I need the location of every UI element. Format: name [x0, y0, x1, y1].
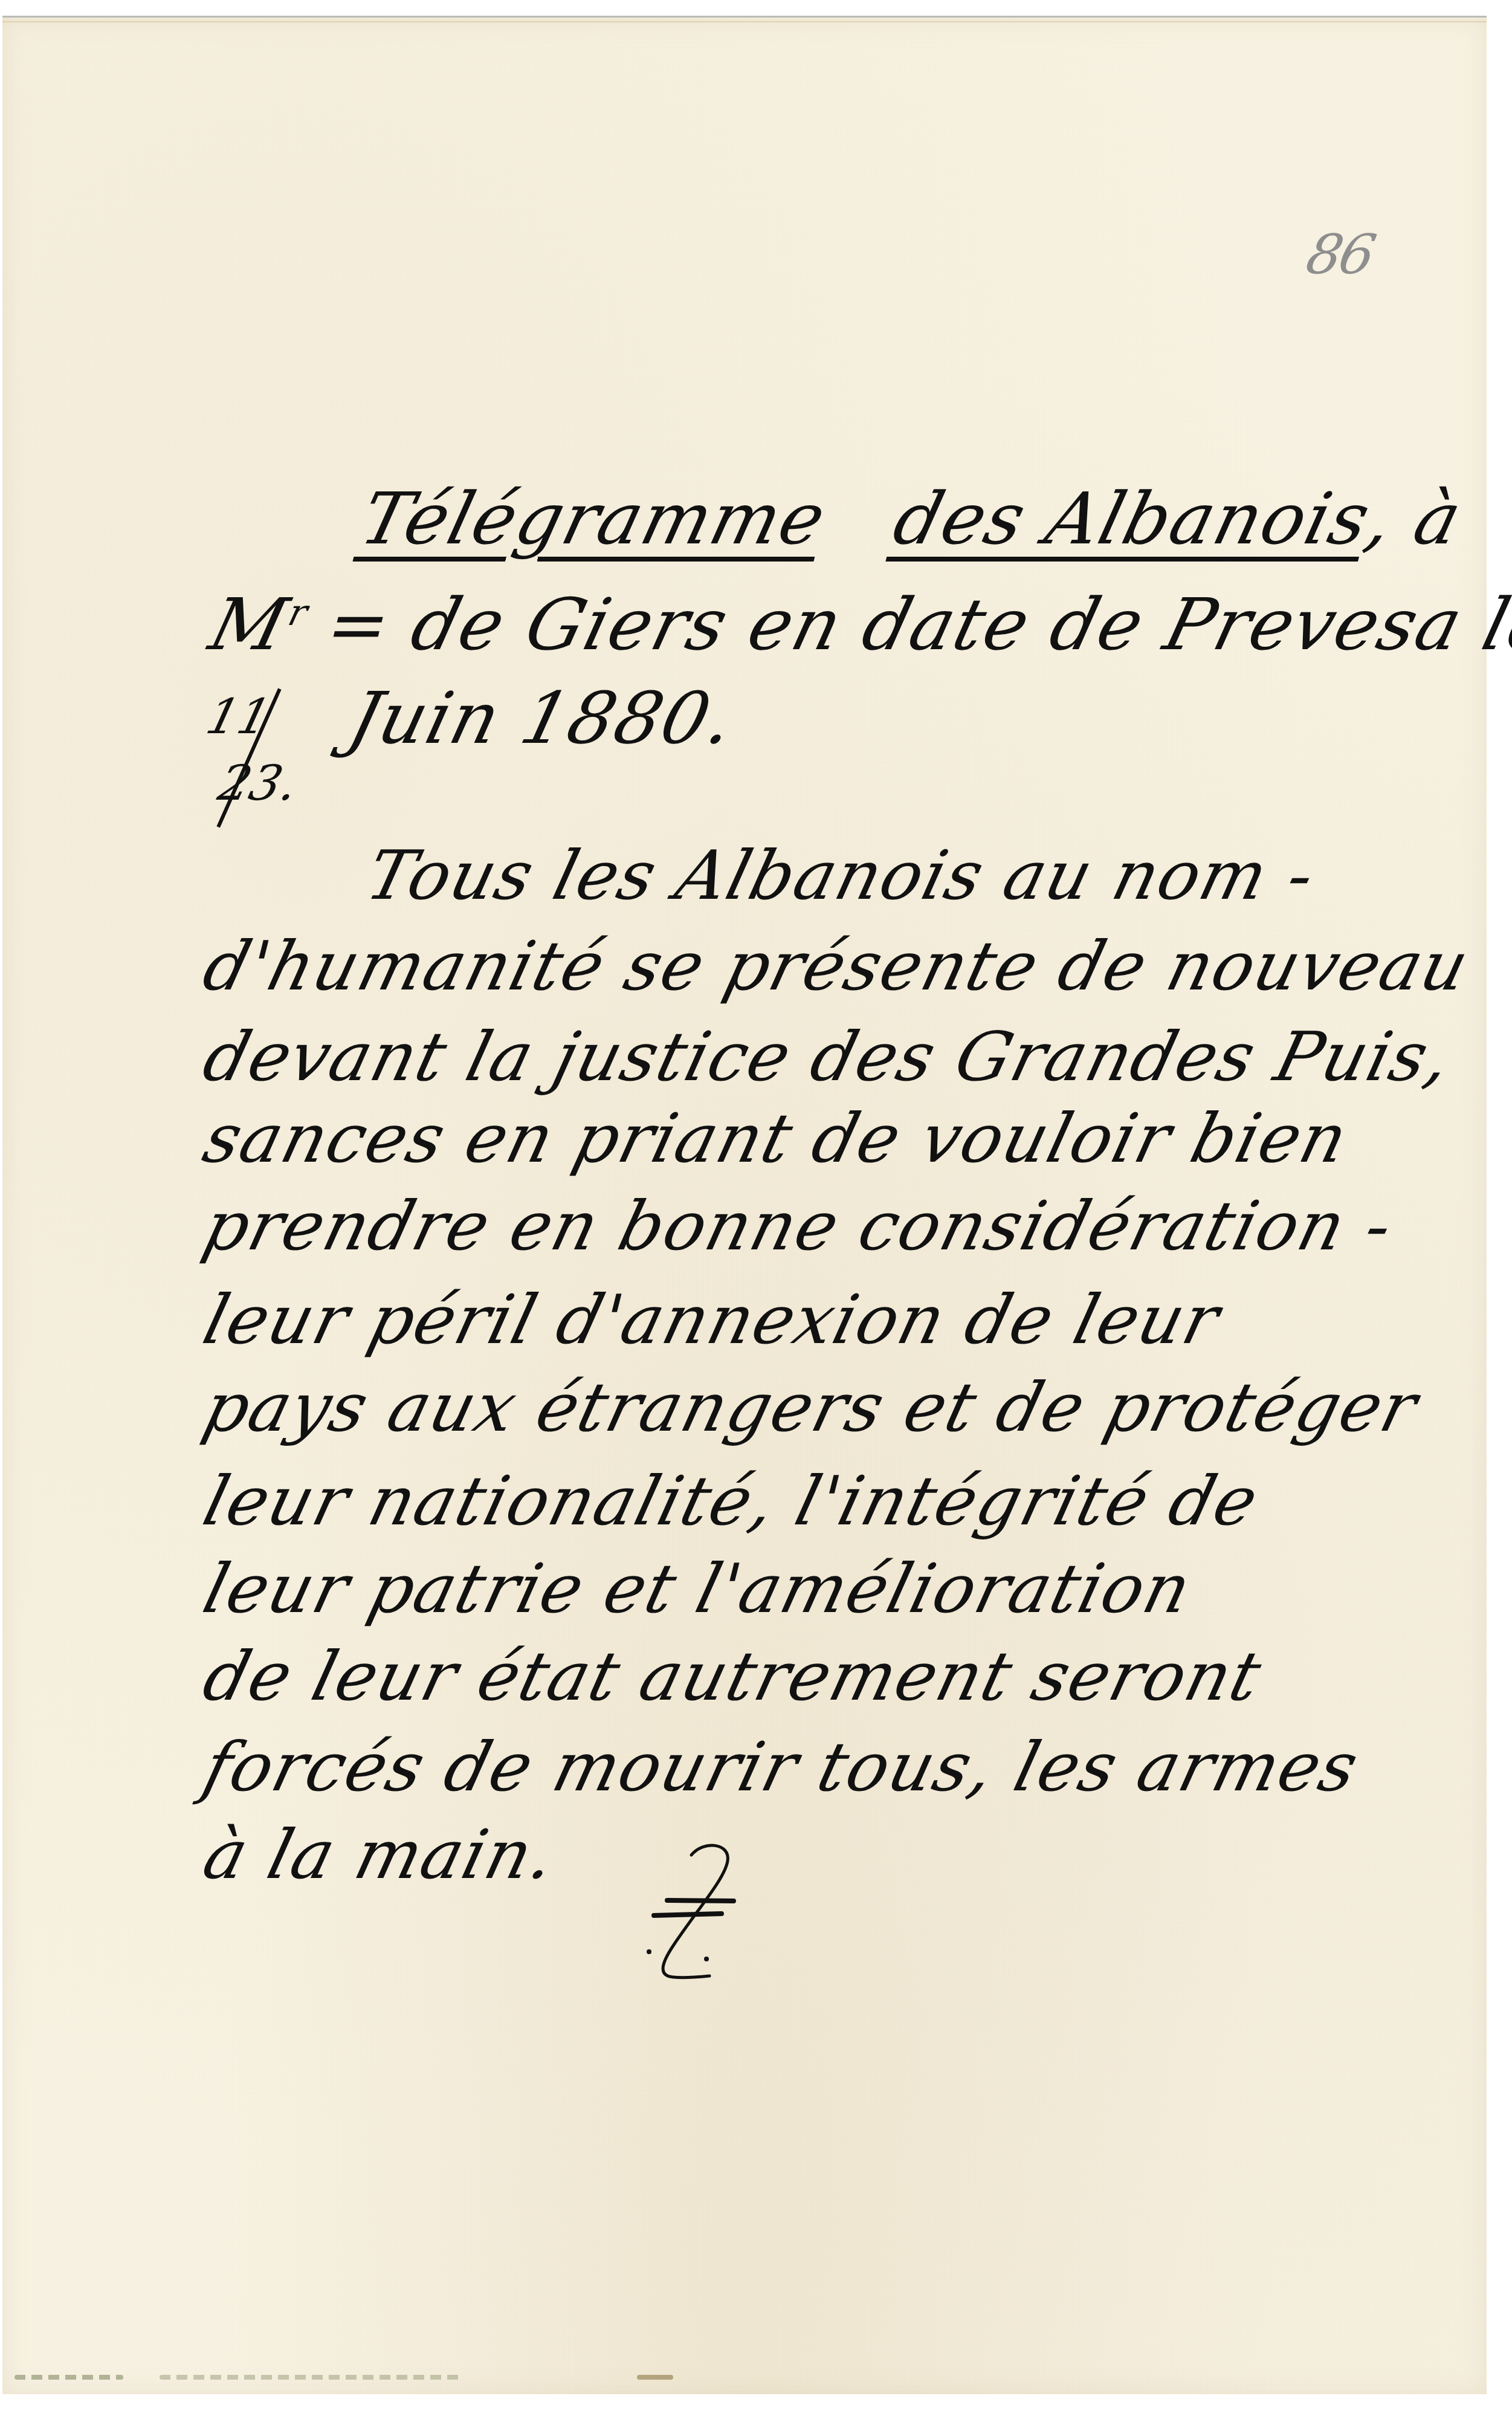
paper-stain — [15, 2375, 123, 2380]
paper-stain — [637, 2375, 673, 2380]
header-date-line: Juin 1880. — [341, 676, 744, 760]
date-fraction-bottom: 23. — [213, 755, 303, 811]
body-line: leur patrie et l'amélioration — [196, 1550, 1200, 1628]
folio-number: 86 — [1301, 223, 1379, 287]
title-des-albanois: des Albanois — [886, 477, 1379, 560]
document-page: 86 Télégramme des Albanois, à Mr = de Gi… — [2, 16, 1487, 2394]
header-recipient-line: Mr = de Giers en date de Prevesa le — [202, 583, 1512, 666]
body-line: à la main. — [196, 1816, 564, 1894]
body-line: devant la justice des Grandes Puis, — [196, 1018, 1460, 1096]
header-recipient: = de Giers en date de Prevesa le — [318, 583, 1512, 666]
title-telegramme: Télégramme — [353, 477, 835, 560]
header-m: M — [202, 583, 297, 666]
body-line: sances en priant de vouloir bien — [196, 1099, 1356, 1178]
body-line: pays aux étrangers et de protéger — [196, 1368, 1426, 1447]
signature-mark-icon — [625, 1843, 806, 1982]
body-line: Tous les Albanois au nom - — [359, 837, 1323, 915]
paper-stain — [160, 2375, 462, 2380]
document-title-line: Télégramme des Albanois, à — [353, 477, 1470, 560]
body-line: de leur état autrement seront — [196, 1637, 1270, 1716]
body-line: leur péril d'annexion de leur — [196, 1281, 1228, 1359]
body-line: d'humanité se présente de nouveau — [196, 927, 1477, 1006]
body-line: prendre en bonne considération - — [196, 1187, 1401, 1266]
body-line: leur nationalité, l'intégrité de — [196, 1462, 1267, 1541]
body-line: forcés de mourir tous, les armes — [196, 1728, 1366, 1807]
